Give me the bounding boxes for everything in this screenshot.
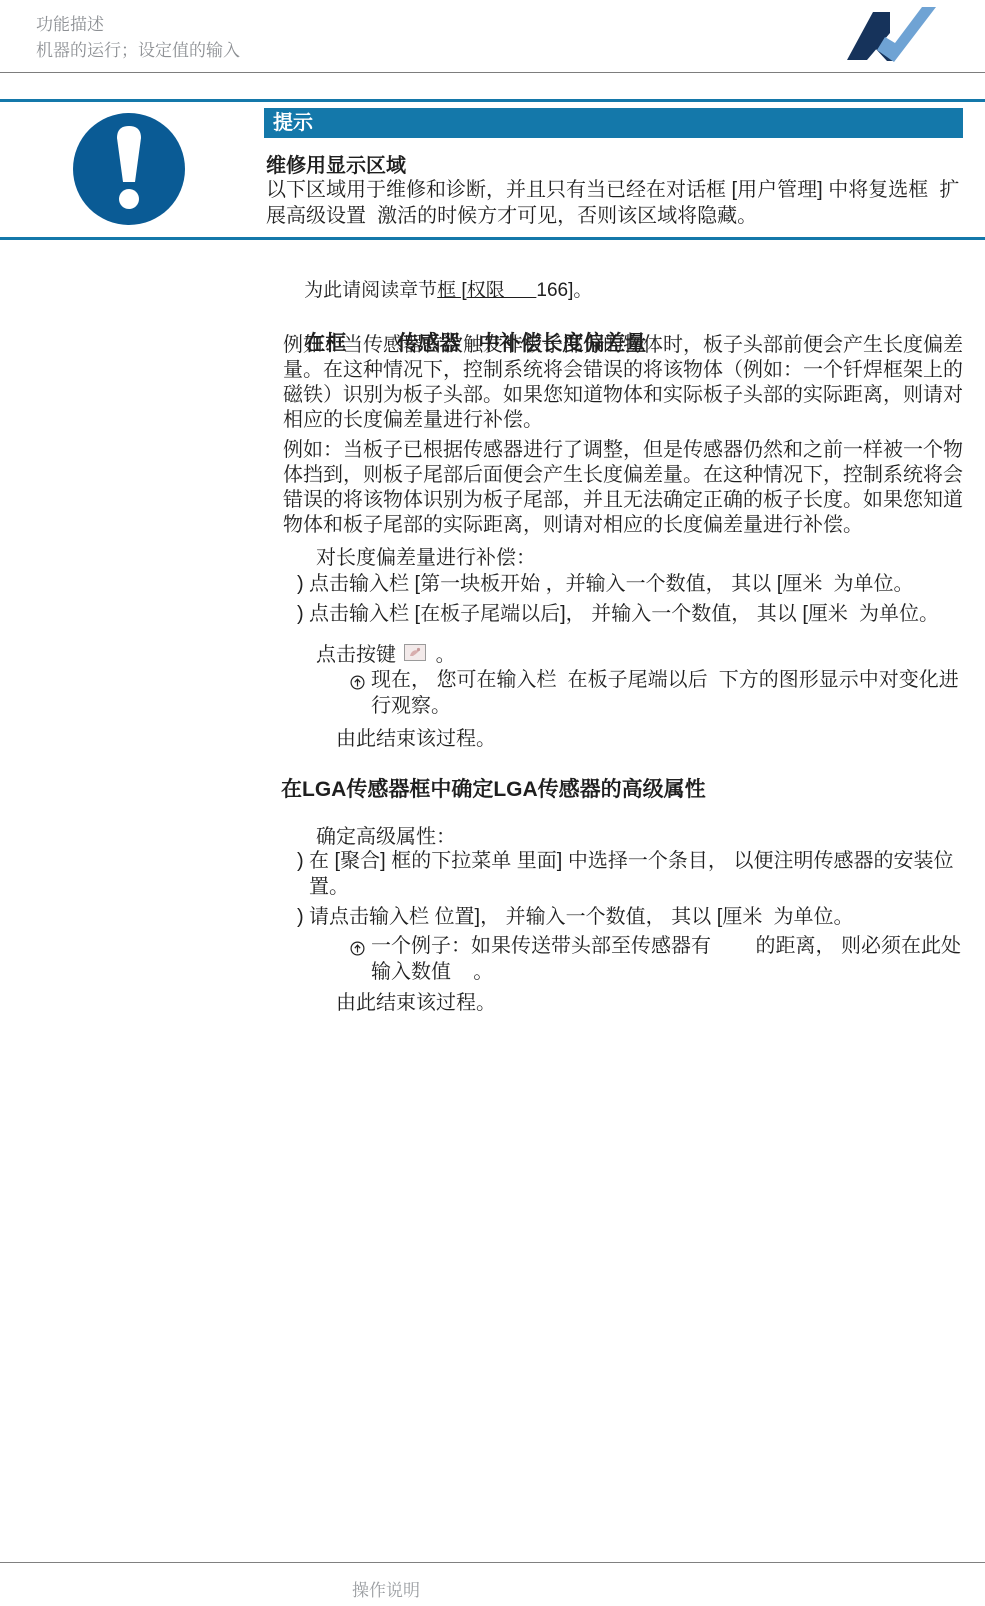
header-chapter: 机器的运行；设定值的输入: [36, 36, 240, 61]
result-circle-arrow-icon: [350, 934, 366, 985]
notice-subtitle: 维修用显示区域: [266, 149, 406, 178]
notice-title-bar: 提示: [264, 108, 963, 138]
step-text: 点击输入栏 [在板子尾端以后]， 并输入一个数值， 其以 [厘米 为单位。: [309, 602, 969, 628]
result-row: 现在， 您可在输入栏 在板子尾端以后 下方的图形显示中对变化进行观察。: [350, 668, 963, 719]
step-marker: ): [297, 849, 309, 900]
section2-heading: 在LGA传感器框中确定LGA传感器的高级属性: [281, 773, 706, 803]
result-text: 一个例子：如果传送带头部至传感器有 的距离， 则必须在此处输入数值 。: [371, 934, 963, 985]
footer-divider: [0, 1562, 985, 1563]
step-marker: ): [297, 602, 309, 628]
step-marker: ): [297, 572, 309, 598]
step-text: 请点击输入栏 位置]， 并输入一个数值， 其以 [厘米 为单位。: [309, 905, 969, 931]
notice-bottom-border: [0, 237, 985, 240]
step-item: ) 点击输入栏 [在板子尾端以后]， 并输入一个数值， 其以 [厘米 为单位。: [297, 602, 969, 628]
section1-end-line: 由此结束该过程。: [336, 722, 496, 751]
step-marker: ): [297, 905, 309, 931]
button-step-row: 点击按键 。: [316, 638, 456, 667]
manual-page: 功能描述 机器的运行；设定值的输入 提示 维修用显示区域 以下区域用于维修和诊断…: [0, 0, 985, 1606]
confirm-key-icon: [404, 644, 426, 661]
button-step-suffix: 。: [430, 638, 456, 667]
result-circle-arrow-icon: [350, 668, 366, 719]
section1-paragraph-1: 例如：当传感器首次触发非板子部分的物体时，板子头部前便会产生长度偏差量。在这种情…: [283, 333, 973, 433]
step-text: 点击输入栏 [第一块板开始 ，并输入一个数值， 其以 [厘米 为单位。: [309, 572, 969, 598]
step-item: ) 请点击输入栏 位置]， 并输入一个数值， 其以 [厘米 为单位。: [297, 905, 969, 931]
reference-link[interactable]: 框 [权限: [437, 280, 536, 301]
section2-task-intro: 确定高级属性：: [316, 820, 456, 849]
step-text: 在 [聚合] 框的下拉菜单 里面] 中选择一个条目， 以便注明传感器的安装位置。: [309, 849, 969, 900]
notice-title: 提示: [273, 112, 313, 134]
footer-label: 操作说明: [352, 1576, 420, 1601]
notice-body: 以下区域用于维修和诊断，并且只有当已经在对话框 [用户管理] 中将复选框 扩展高…: [266, 177, 966, 229]
mountain-checkmark-logo-icon: [846, 5, 941, 63]
section2-end-line: 由此结束该过程。: [336, 986, 496, 1015]
step-item: ) 点击输入栏 [第一块板开始 ，并输入一个数值， 其以 [厘米 为单位。: [297, 572, 969, 598]
step-item: ) 在 [聚合] 框的下拉菜单 里面] 中选择一个条目， 以便注明传感器的安装位…: [297, 849, 969, 900]
reference-prefix: 为此请阅读章节: [304, 280, 437, 301]
result-row: 一个例子：如果传送带头部至传感器有 的距离， 则必须在此处输入数值 。: [350, 934, 963, 985]
mandatory-action-exclamation-icon: [72, 112, 186, 226]
result-text: 现在， 您可在输入栏 在板子尾端以后 下方的图形显示中对变化进行观察。: [371, 668, 963, 719]
section1-task-intro: 对长度偏差量进行补偿：: [316, 541, 536, 570]
header-divider: [0, 72, 985, 73]
header-doc-type: 功能描述: [36, 10, 104, 35]
section1-paragraph-2: 例如：当板子已根据传感器进行了调整，但是传感器仍然和之前一样被一个物体挡到，则板…: [283, 438, 973, 538]
notice-top-border: [0, 99, 985, 102]
button-step-prefix: 点击按键: [316, 638, 396, 667]
reference-page: 166]。: [536, 280, 592, 301]
